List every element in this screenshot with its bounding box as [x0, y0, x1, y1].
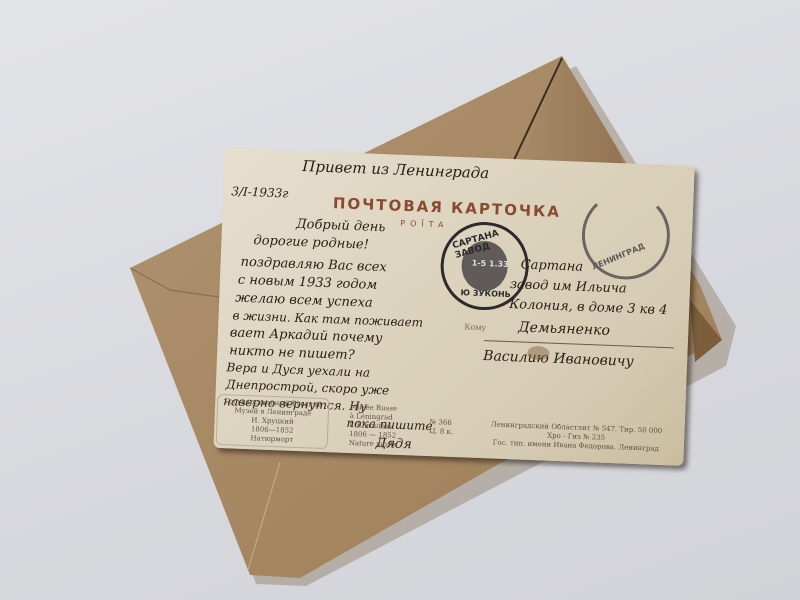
catalog-info: № 366 Ц. 8 к. [429, 418, 470, 438]
message-line: Вера и Дуся уехали на [226, 360, 370, 380]
address-line3: Колония, в доме 3 кв 4 [509, 297, 668, 318]
museum-line: Nature morte [349, 439, 419, 451]
message-line: поздравляю Вас всех [240, 255, 387, 276]
recipient-surname: Демьяненко [518, 319, 610, 339]
postmark-date: 1-5 1.33 [472, 259, 509, 269]
to-label: Кому [464, 322, 486, 332]
message-line: с новым 1933 годом [238, 273, 378, 293]
address-line2: завод им Ильича [510, 277, 627, 296]
printed-subtitle: POÏTA [400, 219, 449, 230]
message-line: вает Аркадий почему [230, 325, 383, 346]
postmark-right-text: ЛЕНИНГРАД [591, 242, 647, 272]
museum-label: Государственный Русский Музей в Ленингра… [216, 394, 330, 449]
message-line: дорогие родные! [253, 233, 369, 252]
message-line: желаю всем успеха [235, 291, 373, 311]
address-rule [484, 340, 674, 348]
printed-title: ПОЧТОВАЯ КАРТОЧКА [333, 194, 562, 221]
recipient-name: Василию Ивановичу [483, 348, 634, 370]
message-line: Добрый день [296, 217, 386, 235]
postmark-bottom-text: Ю ЗУКОНЬ [460, 288, 510, 299]
postcard: Привет из Ленинграда 3/I-1933г ПОЧТОВАЯ … [213, 148, 694, 466]
imprint: Ленинградский Областлит № 547. Тир. 50 0… [476, 420, 677, 455]
catalog-price: Ц. 8 к. [429, 427, 469, 438]
address-city: Сартана [520, 257, 583, 274]
header-note: Привет из Ленинграда [302, 157, 490, 182]
date-note: 3/I-1933г [231, 184, 289, 200]
museum-label-foreign: Musée Russe à Léningrad I. Khroutski 180… [349, 403, 421, 451]
postmark-leningrad: ЛЕНИНГРАД [580, 190, 671, 281]
